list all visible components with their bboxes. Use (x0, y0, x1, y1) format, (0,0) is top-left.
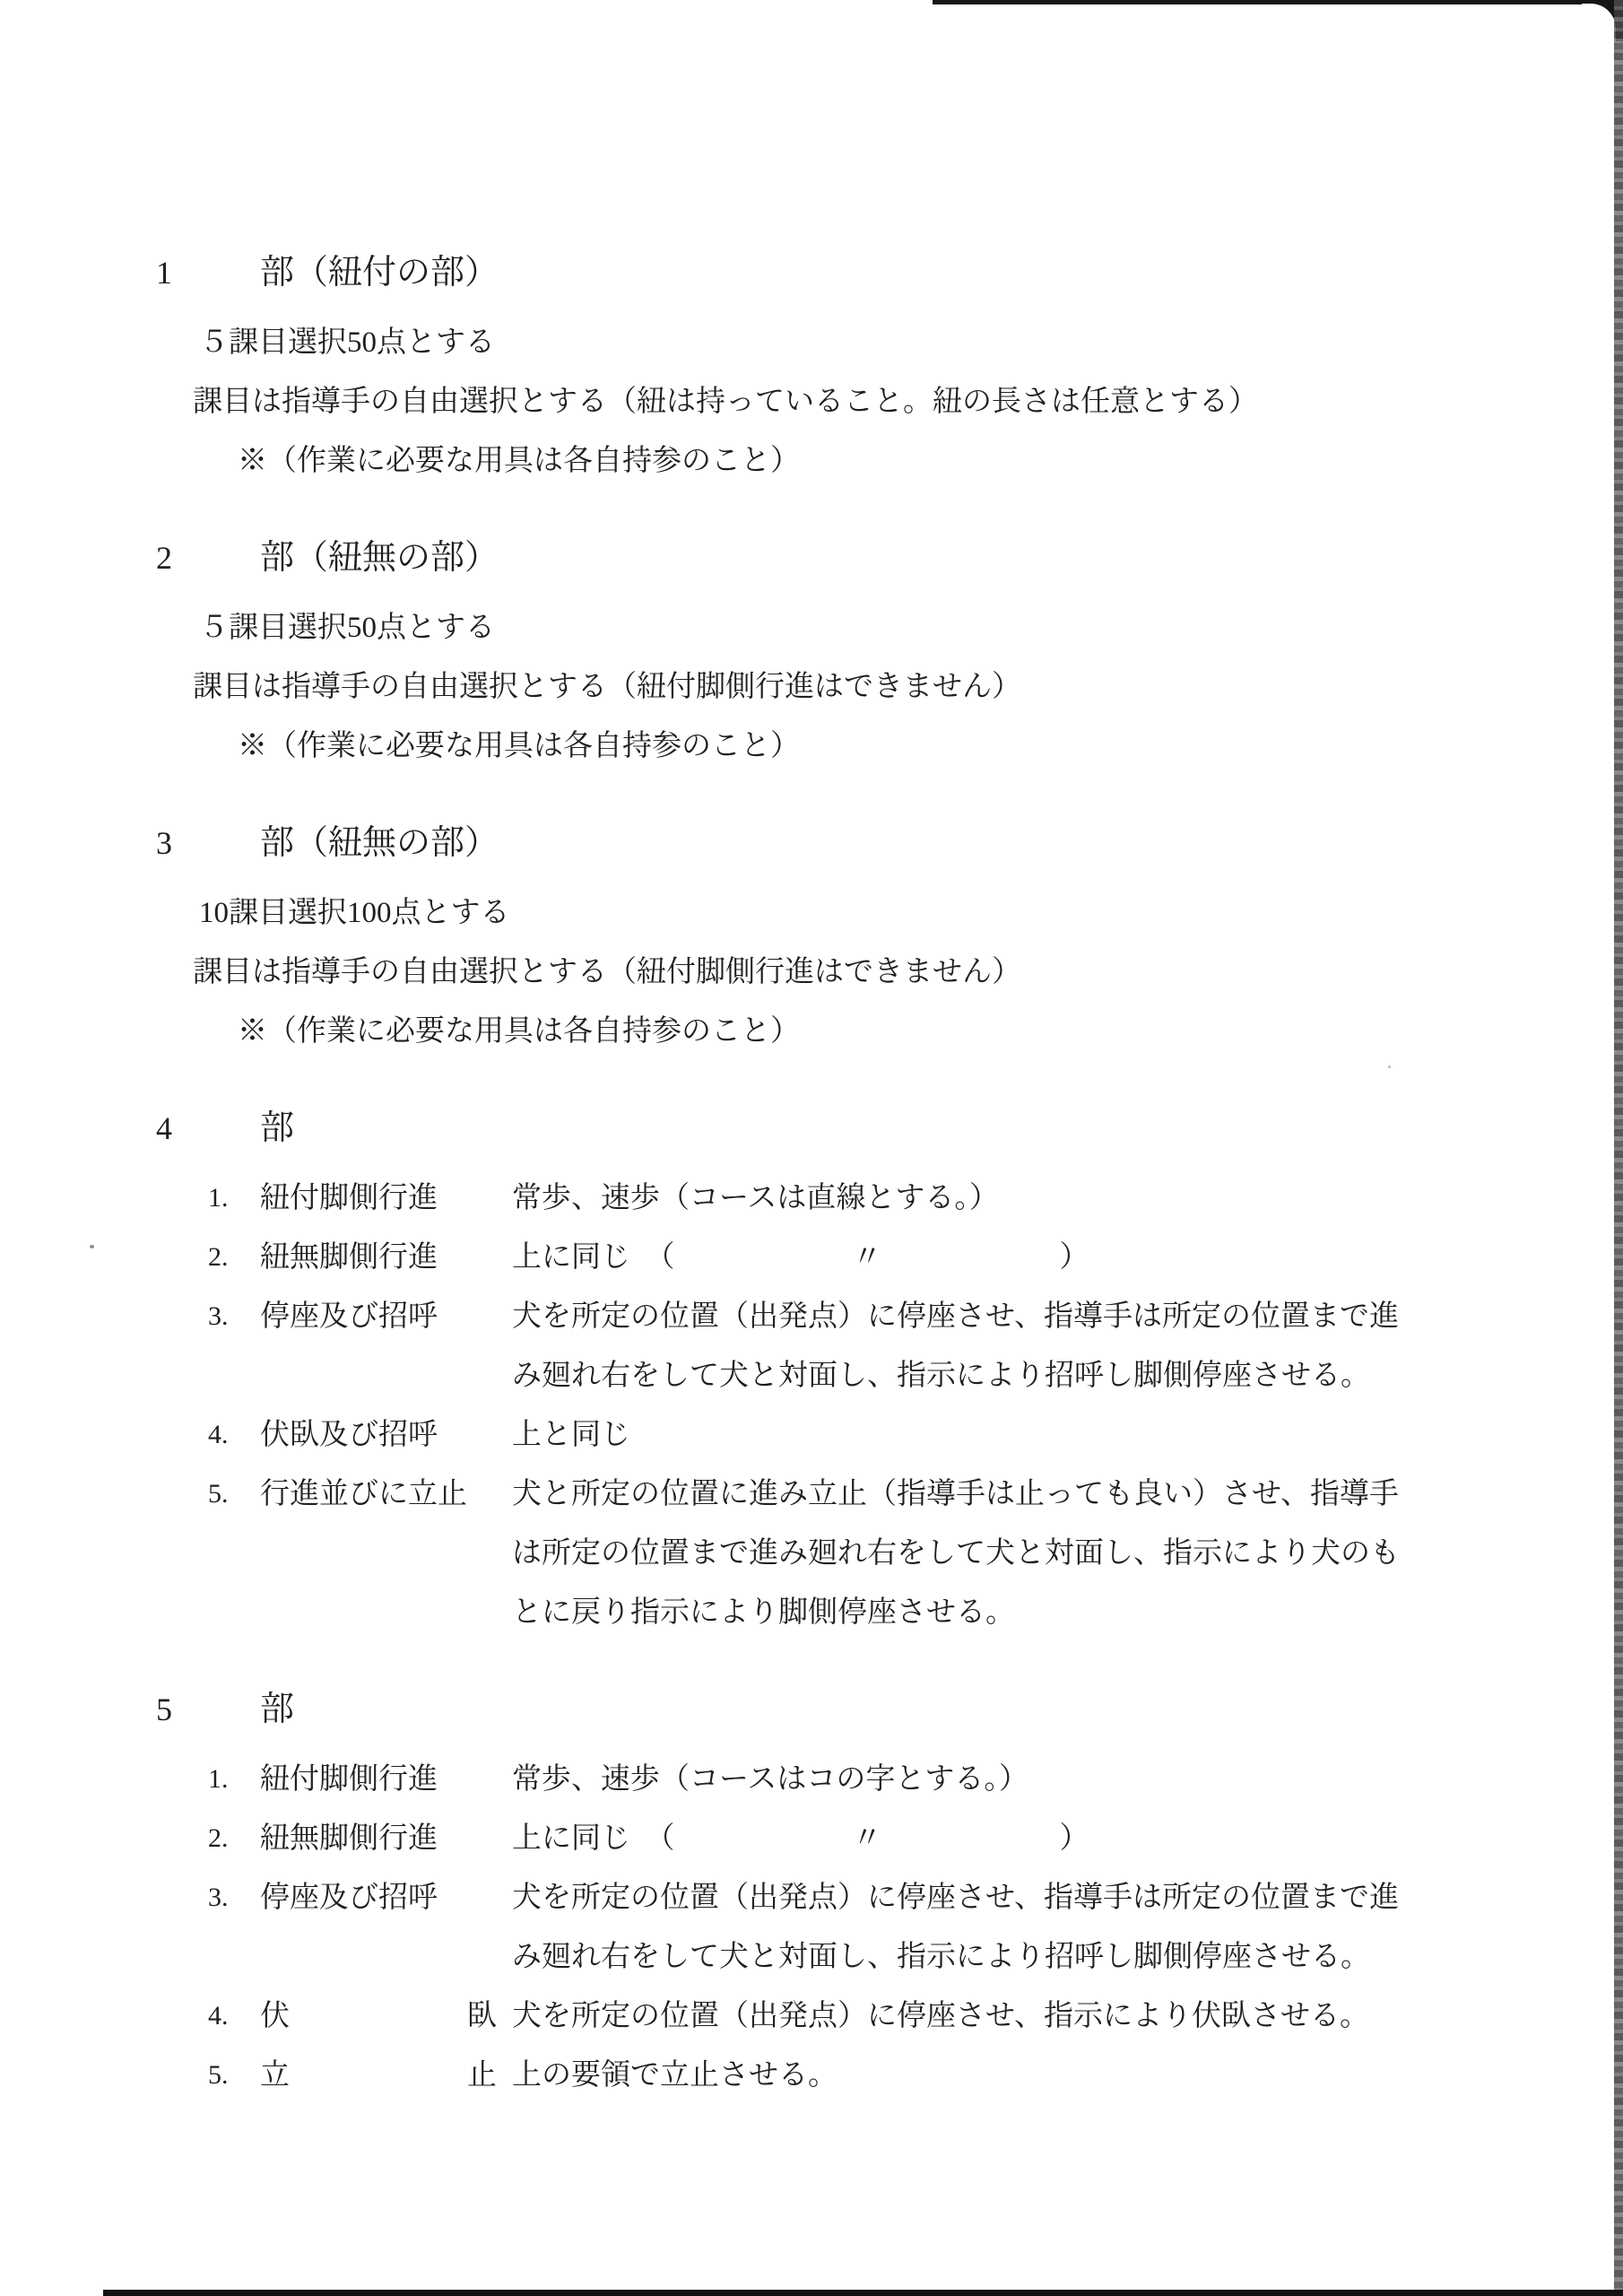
paper-rounded-corner (1582, 4, 1616, 41)
exercise-name: 停座及び招呼 (260, 1880, 512, 1916)
exercise-number: 4. (208, 1417, 260, 1453)
exercise-number: 2. (208, 1821, 260, 1857)
exercise-description: 犬を所定の位置（出発点）に停座させ、指導手は所定の位置まで進 み廻れ右をして犬と… (512, 1299, 1623, 1394)
section-number: 1 (156, 251, 260, 294)
rule-line: ５課目選択50点とする (199, 610, 1623, 646)
rule-line: 課目は指導手の自由選択とする（紐付脚側行進はできません） (193, 669, 1623, 705)
scan-top-edge-shadow (933, 0, 1618, 4)
section-4-heading: 4部 (0, 1107, 1623, 1150)
section-2: 2部（紐無の部） ５課目選択50点とする 課目は指導手の自由選択とする（紐付脚側… (0, 536, 1623, 764)
exercise-name: 紐無脚側行進 (260, 1239, 512, 1275)
description-line: 上に同じ （ 〃 ） (512, 1821, 1623, 1857)
description-line: は所定の位置まで進み廻れ右をして犬と対面し、指示により犬のも (512, 1535, 1623, 1571)
exercise-name: 行進並びに立止 (260, 1476, 512, 1512)
note-line: ※（作業に必要な用具は各自持参のこと） (238, 443, 1623, 479)
section-3-heading: 3部（紐無の部） (0, 822, 1623, 865)
exercise-description: 上の要領で立止させる。 (512, 2057, 1623, 2093)
exercise-row: 5. 立 止 上の要領で立止させる。 (208, 2057, 1623, 2093)
exercise-description: 犬を所定の位置（出発点）に停座させ、指導手は所定の位置まで進 み廻れ右をして犬と… (512, 1880, 1623, 1975)
section-title: 部 (260, 1109, 294, 1147)
exercise-number: 5. (208, 2057, 260, 2093)
exercise-description: 上に同じ （ 〃 ） (512, 1239, 1623, 1275)
rule-line: 課目は指導手の自由選択とする（紐付脚側行進はできません） (193, 954, 1623, 990)
section-title: 部 (260, 1691, 294, 1728)
section-2-heading: 2部（紐無の部） (0, 536, 1623, 579)
description-line: 上の要領で立止させる。 (512, 2057, 1623, 2093)
section-number: 2 (156, 536, 260, 579)
rule-line: 課目は指導手の自由選択とする（紐は持っていること。紐の長さは任意とする） (193, 384, 1623, 420)
section-number: 4 (156, 1107, 260, 1150)
note-line: ※（作業に必要な用具は各自持参のこと） (238, 728, 1623, 764)
section-title: 部（紐無の部） (260, 539, 499, 577)
description-line: 上と同じ (512, 1417, 1623, 1453)
section-number: 3 (156, 822, 260, 865)
exercise-description: 常歩、速歩（コースはコの字とする。） (512, 1761, 1623, 1797)
exercise-row: 3. 停座及び招呼 犬を所定の位置（出発点）に停座させ、指導手は所定の位置まで進… (208, 1299, 1623, 1394)
note-line: ※（作業に必要な用具は各自持参のこと） (238, 1013, 1623, 1049)
exercise-number: 1. (208, 1180, 260, 1216)
section-1-heading: 1部（紐付の部） (0, 251, 1623, 294)
description-line: み廻れ右をして犬と対面し、指示により招呼し脚側停座させる。 (512, 1358, 1623, 1394)
description-line: 犬を所定の位置（出発点）に停座させ、指導手は所定の位置まで進 (512, 1299, 1623, 1335)
exercise-row: 2. 紐無脚側行進 上に同じ （ 〃 ） (208, 1239, 1623, 1275)
exercise-name: 停座及び招呼 (260, 1299, 512, 1335)
section-4: 4部 1. 紐付脚側行進 常歩、速歩（コースは直線とする。） 2. 紐無脚側行進… (0, 1107, 1623, 1631)
rule-line: ５課目選択50点とする (199, 325, 1623, 361)
description-line: とに戻り指示により脚側停座させる。 (512, 1595, 1623, 1631)
exercise-description: 常歩、速歩（コースは直線とする。） (512, 1180, 1623, 1216)
exercise-row: 1. 紐付脚側行進 常歩、速歩（コースは直線とする。） (208, 1180, 1623, 1216)
section-5-heading: 5部 (0, 1688, 1623, 1731)
exercise-row: 3. 停座及び招呼 犬を所定の位置（出発点）に停座させ、指導手は所定の位置まで進… (208, 1880, 1623, 1975)
exercise-row: 4. 伏臥及び招呼 上と同じ (208, 1417, 1623, 1453)
exercise-name: 伏臥及び招呼 (260, 1417, 512, 1453)
section-5: 5部 1. 紐付脚側行進 常歩、速歩（コースはコの字とする。） 2. 紐無脚側行… (0, 1688, 1623, 2093)
section-1: 1部（紐付の部） ５課目選択50点とする 課目は指導手の自由選択とする（紐は持っ… (0, 251, 1623, 479)
rule-line: 10課目選択100点とする (199, 895, 1623, 931)
exercise-number: 4. (208, 1998, 260, 2034)
section-title: 部（紐付の部） (260, 254, 499, 291)
exercise-number: 3. (208, 1299, 260, 1335)
exercise-description: 犬と所定の位置に進み立止（指導手は止っても良い）させ、指導手 は所定の位置まで進… (512, 1476, 1623, 1631)
section-number: 5 (156, 1688, 260, 1731)
exercise-name: 紐付脚側行進 (260, 1180, 512, 1216)
exercise-row: 1. 紐付脚側行進 常歩、速歩（コースはコの字とする。） (208, 1761, 1623, 1797)
exercise-number: 5. (208, 1476, 260, 1512)
section-3: 3部（紐無の部） 10課目選択100点とする 課目は指導手の自由選択とする（紐付… (0, 822, 1623, 1049)
exercise-number: 1. (208, 1761, 260, 1797)
scanned-document-page: 1部（紐付の部） ５課目選択50点とする 課目は指導手の自由選択とする（紐は持っ… (0, 0, 1623, 2296)
exercise-row: 4. 伏 臥 犬を所定の位置（出発点）に停座させ、指示により伏臥させる。 (208, 1998, 1623, 2034)
exercise-description: 上に同じ （ 〃 ） (512, 1821, 1623, 1857)
exercise-name: 紐無脚側行進 (260, 1821, 512, 1857)
description-line: 上に同じ （ 〃 ） (512, 1239, 1623, 1275)
exercise-row: 5. 行進並びに立止 犬と所定の位置に進み立止（指導手は止っても良い）させ、指導… (208, 1476, 1623, 1631)
exercise-description: 上と同じ (512, 1417, 1623, 1453)
exercise-number: 2. (208, 1239, 260, 1275)
exercise-number: 3. (208, 1880, 260, 1916)
paper-speck (90, 1245, 94, 1248)
exercise-name: 立 止 (260, 2057, 512, 2093)
description-line: 常歩、速歩（コースはコの字とする。） (512, 1761, 1623, 1797)
scan-right-edge-shadow (1614, 0, 1623, 2296)
exercise-description: 犬を所定の位置（出発点）に停座させ、指示により伏臥させる。 (512, 1998, 1623, 2034)
description-line: 犬と所定の位置に進み立止（指導手は止っても良い）させ、指導手 (512, 1476, 1623, 1512)
exercise-name: 伏 臥 (260, 1998, 512, 2034)
description-line: 犬を所定の位置（出発点）に停座させ、指示により伏臥させる。 (512, 1998, 1623, 2034)
section-title: 部（紐無の部） (260, 824, 499, 862)
exercise-name: 紐付脚側行進 (260, 1761, 512, 1797)
scan-bottom-edge-shadow (103, 2290, 1623, 2296)
description-line: 犬を所定の位置（出発点）に停座させ、指導手は所定の位置まで進 (512, 1880, 1623, 1916)
exercise-row: 2. 紐無脚側行進 上に同じ （ 〃 ） (208, 1821, 1623, 1857)
description-line: み廻れ右をして犬と対面し、指示により招呼し脚側停座させる。 (512, 1939, 1623, 1975)
paper-speck (1388, 1065, 1391, 1068)
description-line: 常歩、速歩（コースは直線とする。） (512, 1180, 1623, 1216)
